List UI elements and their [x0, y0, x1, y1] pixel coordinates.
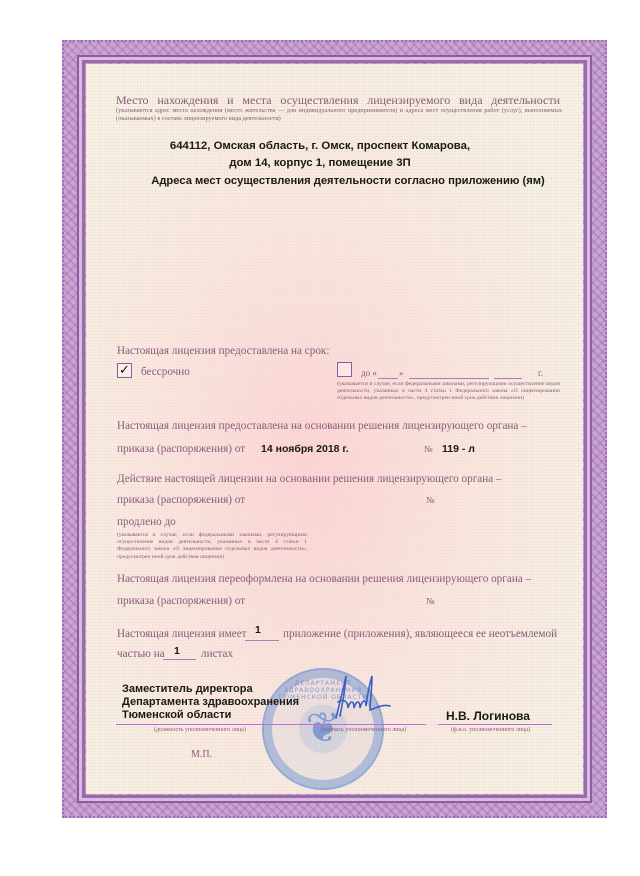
until-month-field [409, 378, 489, 379]
appendix-middle: приложение (приложения), являющееся ее н… [283, 628, 557, 640]
grant-number-label: № [424, 444, 433, 454]
until-year-field [494, 378, 522, 379]
grant-number: 119 - л [442, 443, 475, 455]
until-date-checkbox[interactable] [337, 362, 352, 377]
reissue-line-1: Настоящая лицензия переоформлена на осно… [117, 573, 531, 585]
appendix-sheets: 1 [174, 645, 180, 657]
extension-number-label: № [426, 495, 435, 505]
checkmark-icon: ✓ [119, 363, 130, 378]
seal-label: М.П. [191, 749, 212, 760]
term-label: Настоящая лицензия предоставлена на срок… [117, 345, 329, 357]
indefinite-label: бессрочно [141, 366, 190, 378]
location-note: (указываются адрес места нахождения (мес… [116, 107, 562, 122]
signatory-name: Н.В. Логинова [446, 709, 530, 723]
appendix-prefix: Настоящая лицензия имеет [117, 628, 247, 640]
caption-signature: (подпись уполномоченного лица) [321, 727, 406, 735]
appendix-sheets-line [163, 659, 196, 660]
extended-until-label: продлено до [117, 516, 176, 528]
grant-line-2-prefix: приказа (распоряжения) от [117, 443, 245, 455]
location-heading: Место нахождения и места осуществления л… [116, 93, 560, 108]
until-suffix: г. [538, 368, 543, 378]
name-line [438, 724, 552, 725]
appendix-sheets-prefix: частью на [117, 648, 165, 660]
appendix-sheets-suffix: листах [201, 648, 233, 660]
addresses-appendix-note: Адреса мест осуществления деятельности с… [0, 175, 640, 187]
appendix-count-line [245, 640, 279, 641]
signatory-position-line-3: Тюменской области [122, 709, 231, 721]
grant-line-1: Настоящая лицензия предоставлена на осно… [117, 420, 527, 432]
until-mid: » [399, 368, 404, 378]
extension-note: (указывается в случае, если федеральными… [117, 532, 307, 561]
reissue-number-label: № [426, 596, 435, 606]
reissue-line-2-prefix: приказа (распоряжения) от [117, 595, 245, 607]
signature-icon [330, 672, 410, 722]
grant-date: 14 ноября 2018 г. [261, 443, 349, 455]
signatory-position-line-2: Департамента здравоохранения [122, 696, 299, 708]
until-note: (указывается в случае, если федеральными… [337, 381, 560, 403]
extension-line-2-prefix: приказа (распоряжения) от [117, 494, 245, 506]
extension-line-1: Действие настоящей лицензии на основании… [117, 473, 502, 485]
caption-name: (ф.и.о. уполномоченного лица) [451, 727, 530, 735]
address-line-1: 644112, Омская область, г. Омск, проспек… [0, 140, 640, 152]
appendix-count: 1 [255, 624, 261, 636]
position-signature-line [116, 724, 426, 725]
address-line-2: дом 14, корпус 1, помещение 3П [0, 157, 640, 169]
until-day-field [378, 378, 398, 379]
caption-position: (должность уполномоченного лица) [154, 727, 246, 735]
signatory-position-line-1: Заместитель директора [122, 683, 253, 695]
indefinite-checkbox[interactable]: ✓ [117, 363, 132, 378]
until-prefix: до « [361, 368, 377, 378]
